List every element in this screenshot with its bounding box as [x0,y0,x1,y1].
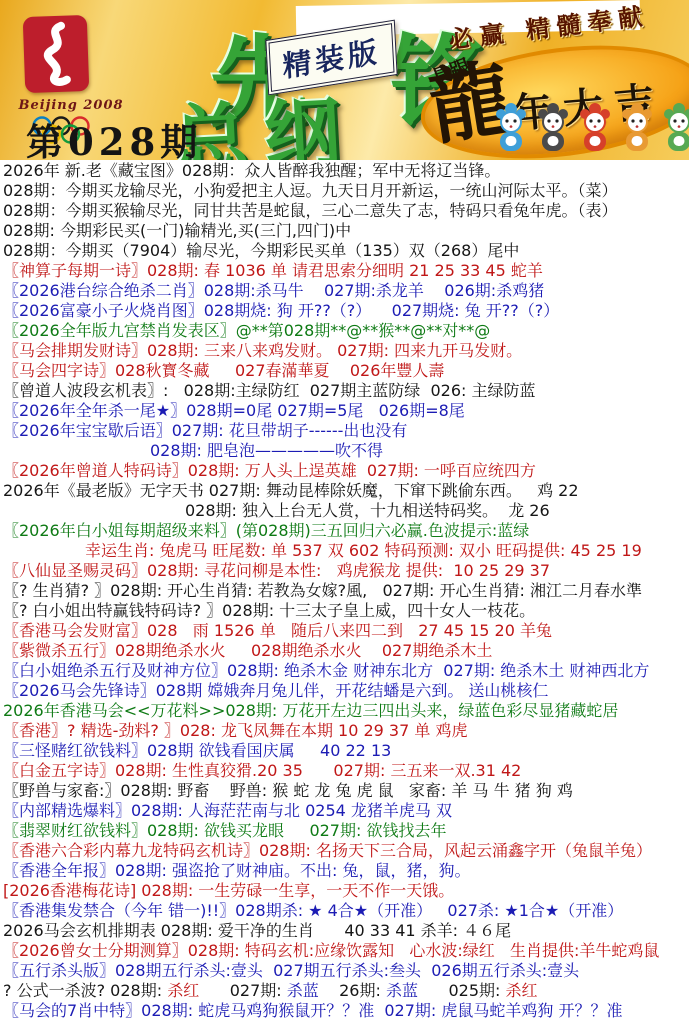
text-line: 〖八仙显圣赐灵码〗028期: 寻花问柳是本性: 鸡虎猴龙 提供: 10 25 2… [0,561,689,581]
text-line: 〖香港马会发财富〗028 雨 1526 单 随后八来四二到 27 45 15 2… [0,621,689,641]
text-line: 〖神算子每期一诗〗028期: 春 1036 单 请君思索分细明 21 25 33… [0,261,689,281]
line-segment: 〖2026年宝宝歇后语〗027期: 花旦带胡子------出也没有 [3,421,407,440]
line-segment: 〖2026年白小姐每期超级来料〗(第028期)三五回归六必赢.色波提示:蓝绿 [3,521,529,540]
line-segment: 杀蓝 [386,981,418,1000]
line-segment: 028期：今期买（7904）输尽光，今期彩民买单（135）双（268）尾中 [3,241,519,260]
line-segment: 〖香港马会发财富〗028 雨 1526 单 随后八来四二到 27 45 15 2… [3,621,552,640]
text-line: 〖? 生肖猜? 〗028期: 开心生肖猜: 若教為女嫁?風, 027期: 开心生… [0,581,689,601]
line-segment: 025期: [418,981,506,1000]
line-segment: 〖马会排期发财诗〗028期: 三来八来鸡发财。 027期: 四来九开马发财。 [3,341,522,360]
line-segment: 〖2026曾女士分期测算〗028期: 特码玄机:应缘饮露知 心水波:绿红 生肖提… [3,941,659,960]
fuwa-mascot-beibei-icon [492,102,530,156]
line-segment: 〖2026年全年杀一尾★〗028期=0尾 027期=5尾 026期=8尾 [3,401,465,420]
text-line: 〖2026马会先锋诗〗028期 嫦娥奔月兔儿伴，开花结蟠是六到。 送山桃核仁 [0,681,689,701]
line-segment: 〖五行杀头版〗028期五行杀头:壹头 027期五行杀头:叁头 026期五行杀头:… [3,961,579,980]
line-segment: 〖2026富豪小子火烧肖图〗028期烧: 狗 开??（?） 027期烧: 兔 开… [3,301,559,320]
text-line: 〖紫微杀五行〗028期绝杀水火 028期绝杀水火 027期绝杀木土 [0,641,689,661]
text-line: 028期：今期买龙输尽光，小狗爱把主人逗。九天日月开新运，一统山河际太平。（菜） [0,181,689,201]
line-segment: 〖翡翠财红欲钱料〗028期: 欲钱买龙眼 027期: 欲钱找去年 [3,821,446,840]
line-segment: ? 公式一杀波? 028期: [3,981,167,1000]
line-segment: 028期: 肥皂泡—————吹不得 [150,441,383,460]
text-line: 028期：今期买（7904）输尽光，今期彩民买单（135）双（268）尾中 [0,241,689,261]
line-segment: 〖野兽与家畜:〗028期: 野畜 野兽: 猴 蛇 龙 兔 虎 鼠 家畜: 羊 马… [3,781,573,800]
text-line: ? 公式一杀波? 028期: 杀红 027期: 杀蓝 26期: 杀蓝 025期:… [0,981,689,1001]
text-line: 〖2026曾女士分期测算〗028期: 特码玄机:应缘饮露知 心水波:绿红 生肖提… [0,941,689,961]
line-segment: 027期: [199,981,287,1000]
text-line: 028期: 今期彩民买(一门)输精光,买(三门,四门)中 [0,221,689,241]
text-line: 028期: 肥皂泡—————吹不得 [0,441,689,461]
line-segment: [2026香港梅花诗] 028期: 一生劳碌一生享，一天不作一天饿。 [3,881,454,900]
text-line: 〖香港〗? 精选-劲料? 〗028: 龙飞凤舞在本期 10 29 37 单 鸡虎 [0,721,689,741]
line-segment: 〖2026年曾道人特码诗〗028期: 万人头上逞英雄 027期: 一呼百应统四方 [3,461,536,480]
line-segment: 2026年香港马会<<万花料>>028期: 万花开左边三四出头来，绿蓝色彩尽显猪… [3,701,618,720]
line-segment: 2026马会玄机排期表 028期: 爱干净的生肖 40 33 41 杀羊: ４６… [3,921,511,940]
line-segment: 〖? 白小姐出特赢钱特码诗? 〗028期: 十三太子皇上威，四十女人一枝花。 [3,601,535,620]
text-line: 〖马会四字诗〗028秋寳冬藏 027春滿華夏 026年豐人壽 [0,361,689,381]
line-segment: 杀蓝 [287,981,319,1000]
line-segment: 26期: [319,981,386,1000]
text-line: 〖白小姐绝杀五行及财神方位〗028期: 绝杀木金 财神东北方 027期: 绝杀木… [0,661,689,681]
text-line: 2026年香港马会<<万花料>>028期: 万花开左边三四出头来，绿蓝色彩尽显猪… [0,701,689,721]
issue-number: 第028期 [26,112,202,160]
line-segment: 〖马会的7肖中特〗028期: 蛇虎马鸡狗猴鼠开？？准 027期: 虎鼠马蛇羊鸡狗… [3,1001,622,1020]
fuwa-mascot-huanhuan-icon [576,102,614,156]
text-line: 〖马会排期发财诗〗028期: 三来八来鸡发财。 027期: 四来九开马发财。 [0,341,689,361]
line-segment: 〖内部精选爆料〗028期: 人海茫茫南与北 0254 龙猪羊虎马 双 [3,801,452,820]
text-line: 〖香港集发禁合（今年 错一)!!〗028期杀: ★ 4合★（开准） 027杀: … [0,901,689,921]
text-line: 〖曾道人波段玄机表〗: 028期:主绿防红 027期主蓝防绿 026: 主绿防蓝 [0,381,689,401]
line-segment: 〖神算子每期一诗〗028期: 春 1036 单 请君思索分细明 21 25 33… [3,261,543,280]
text-line: 028期: 独入上台无人赏，十九相送特码奖。 龙 26 [0,501,689,521]
line-segment: 〖三怪赌红欲钱料〗028期 欲钱看国庆属 40 22 13 [3,741,391,760]
text-line: 〖内部精选爆料〗028期: 人海茫茫南与北 0254 龙猪羊虎马 双 [0,801,689,821]
line-segment: 〖紫微杀五行〗028期绝杀水火 028期绝杀水火 027期绝杀木土 [3,641,492,660]
fuwa-mascot-jingjing-icon [534,102,572,156]
line-segment: 〖香港〗? 精选-劲料? 〗028: 龙飞凤舞在本期 10 29 37 单 鸡虎 [3,721,467,740]
text-line: 〖2026年全年杀一尾★〗028期=0尾 027期=5尾 026期=8尾 [0,401,689,421]
line-segment: 〖2026港台综合绝杀二肖〗028期:杀马牛 027期:杀龙羊 026期:杀鸡猪 [3,281,544,300]
line-segment: 〖白小姐绝杀五行及财神方位〗028期: 绝杀木金 财神东北方 027期: 绝杀木… [3,661,649,680]
line-segment: 〖? 生肖猜? 〗028期: 开心生肖猜: 若教為女嫁?風, 027期: 开心生… [3,581,642,600]
line-segment: 〖香港全年报〗028期: 强盗抢了财神庙。不出: 兔，鼠，猪，狗。 [3,861,471,880]
beijing-2008-script: Beijing 2008 [16,98,126,113]
line-segment: 〖白金五字诗〗028期: 生性真狡猾.20 35 027期: 三五来一双.31 … [3,761,521,780]
line-segment: 2026年《最老版》无字天书 027期: 舞动昆棒除妖魔，下窜下跳偷东西。 鸡 … [3,481,579,500]
text-line: 〖2026全年版九宫禁肖发表区〗@**第028期**@**猴**@**对**@ [0,321,689,341]
line-segment: 〖马会四字诗〗028秋寳冬藏 027春滿華夏 026年豐人壽 [3,361,444,380]
text-line: 〖2026年宝宝歇后语〗027期: 花旦带胡子------出也没有 [0,421,689,441]
xianfeng-zonggang-page: Beijing 2008 先锋 总纲 第028期 精装版 必赢 精髓奉献 長跟 … [0,0,689,1028]
text-line: 〖五行杀头版〗028期五行杀头:壹头 027期五行杀头:叁头 026期五行杀头:… [0,961,689,981]
fuwa-mascot-yingying-icon [618,102,656,156]
line-segment: 028期：今期买猴输尽光，同甘共苦是蛇鼠，三心二意失了志，特码只看兔年虎。（表） [3,201,618,220]
text-line: 〖翡翠财红欲钱料〗028期: 欲钱买龙眼 027期: 欲钱找去年 [0,821,689,841]
line-segment: 幸运生肖: 兔虎马 旺尾数: 单 537 双 602 特码预测: 双小 旺码提供… [85,541,642,560]
line-segment: 028期: 独入上台无人赏，十九相送特码奖。 龙 26 [185,501,550,520]
line-segment: 028期：今期买龙输尽光，小狗爱把主人逗。九天日月开新运，一统山河际太平。（菜） [3,181,618,200]
text-line: 〖2026年白小姐每期超级来料〗(第028期)三五回归六必赢.色波提示:蓝绿 [0,521,689,541]
line-segment: 2026年 新.老《藏宝图》028期：众人皆醉我独醒；军中无将辽当锋。 [3,161,500,180]
line-segment: 〖2026马会先锋诗〗028期 嫦娥奔月兔儿伴，开花结蟠是六到。 送山桃核仁 [3,681,548,700]
page-header: Beijing 2008 先锋 总纲 第028期 精装版 必赢 精髓奉献 長跟 … [0,0,689,160]
beijing-seal-icon [23,15,90,93]
line-segment: 杀红 [506,981,538,1000]
text-line: 2026年 新.老《藏宝图》028期：众人皆醉我独醒；军中无将辽当锋。 [0,161,689,181]
line-segment: 〖2026全年版九宫禁肖发表区〗@**第028期**@**猴**@**对**@ [3,321,490,340]
line-segment: 〖香港六合彩内幕九龙特码玄机诗〗028期: 名扬天下三合局，风起云涌鑫字开（兔鼠… [3,841,652,860]
text-line: 〖野兽与家畜:〗028期: 野畜 野兽: 猴 蛇 龙 兔 虎 鼠 家畜: 羊 马… [0,781,689,801]
fuwa-mascots-row [492,102,689,156]
line-segment: 〖曾道人波段玄机表〗: 028期:主绿防红 027期主蓝防绿 026: 主绿防蓝 [3,381,535,400]
line-segment: 028期: 今期彩民买(一门)输精光,买(三门,四门)中 [3,221,351,240]
text-line: 〖2026富豪小子火烧肖图〗028期烧: 狗 开??（?） 027期烧: 兔 开… [0,301,689,321]
line-segment: 杀红 [167,981,199,1000]
line-segment: 〖八仙显圣赐灵码〗028期: 寻花问柳是本性: 鸡虎猴龙 提供: 10 25 2… [3,561,550,580]
text-line: 028期：今期买猴输尽光，同甘共苦是蛇鼠，三心二意失了志，特码只看兔年虎。（表） [0,201,689,221]
line-segment: 〖香港集发禁合（今年 错一)!!〗028期杀: ★ 4合★（开准） 027杀: … [3,901,623,920]
text-line: 〖白金五字诗〗028期: 生性真狡猾.20 35 027期: 三五来一双.31 … [0,761,689,781]
tips-text-block: 2026年 新.老《藏宝图》028期：众人皆醉我独醒；军中无将辽当锋。028期：… [0,161,689,1021]
text-line: 〖香港全年报〗028期: 强盗抢了财神庙。不出: 兔，鼠，猪，狗。 [0,861,689,881]
text-line: 〖马会的7肖中特〗028期: 蛇虎马鸡狗猴鼠开？？准 027期: 虎鼠马蛇羊鸡狗… [0,1001,689,1021]
fuwa-mascot-nini-icon [660,102,689,156]
text-line: 幸运生肖: 兔虎马 旺尾数: 单 537 双 602 特码预测: 双小 旺码提供… [0,541,689,561]
text-line: [2026香港梅花诗] 028期: 一生劳碌一生享，一天不作一天饿。 [0,881,689,901]
text-line: 〖? 白小姐出特赢钱特码诗? 〗028期: 十三太子皇上威，四十女人一枝花。 [0,601,689,621]
text-line: 〖2026港台综合绝杀二肖〗028期:杀马牛 027期:杀龙羊 026期:杀鸡猪 [0,281,689,301]
text-line: 〖三怪赌红欲钱料〗028期 欲钱看国庆属 40 22 13 [0,741,689,761]
text-line: 2026年《最老版》无字天书 027期: 舞动昆棒除妖魔，下窜下跳偷东西。 鸡 … [0,481,689,501]
text-line: 〖香港六合彩内幕九龙特码玄机诗〗028期: 名扬天下三合局，风起云涌鑫字开（兔鼠… [0,841,689,861]
text-line: 2026马会玄机排期表 028期: 爱干净的生肖 40 33 41 杀羊: ４６… [0,921,689,941]
text-line: 〖2026年曾道人特码诗〗028期: 万人头上逞英雄 027期: 一呼百应统四方 [0,461,689,481]
